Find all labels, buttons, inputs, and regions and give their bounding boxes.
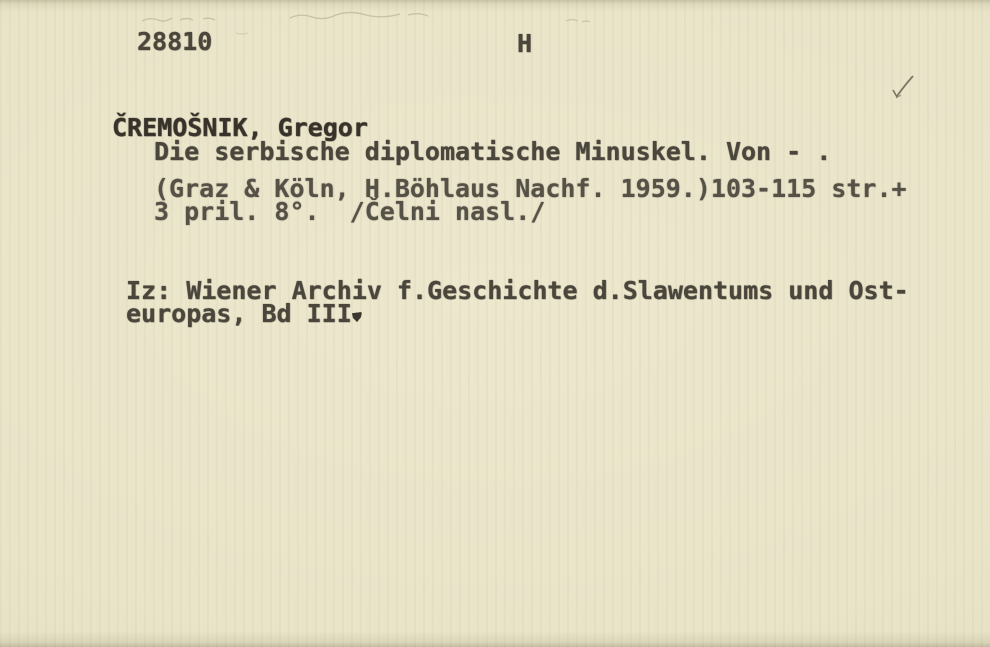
pencil-scribbles	[142, 13, 590, 35]
pencil-marks	[0, 0, 990, 647]
pencil-checkmark-icon	[893, 76, 913, 98]
catalog-card: 28810 H ČREMOŠNIK, Gregor Die serbische …	[0, 0, 990, 647]
